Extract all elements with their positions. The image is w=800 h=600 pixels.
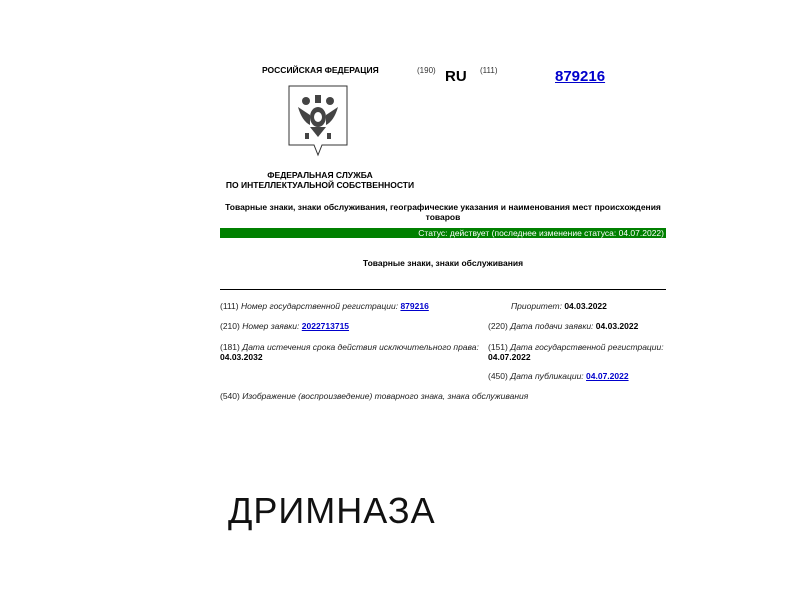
inid-code-190: (190) bbox=[417, 66, 436, 75]
inid-code-111: (111) bbox=[480, 66, 498, 75]
russian-coat-of-arms-icon bbox=[288, 85, 348, 157]
document-subtitle: Товарные знаки, знаки обслуживания bbox=[220, 258, 666, 268]
country-code: RU bbox=[445, 68, 467, 85]
field-label: Изображение (воспроизведение) товарного … bbox=[242, 391, 528, 401]
inid-code: (111) bbox=[220, 301, 239, 311]
field-registration-date: (151) Дата государственной регистрации: … bbox=[488, 342, 666, 362]
inid-code: (181) bbox=[220, 342, 240, 352]
inid-code: (540) bbox=[220, 391, 240, 401]
category-title: Товарные знаки, знаки обслуживания, геог… bbox=[220, 202, 666, 222]
field-image: (540) Изображение (воспроизведение) това… bbox=[220, 391, 528, 401]
field-filing-date: (220) Дата подачи заявки: 04.03.2022 bbox=[488, 321, 638, 331]
inid-code: (220) bbox=[488, 321, 508, 331]
field-priority: Приоритет: 04.03.2022 bbox=[511, 301, 607, 311]
field-label: Дата подачи заявки: bbox=[510, 321, 593, 331]
field-label: Номер государственной регистрации: bbox=[241, 301, 398, 311]
field-label: Дата государственной регистрации: bbox=[510, 342, 663, 352]
publication-date-link[interactable]: 04.07.2022 bbox=[586, 371, 629, 381]
inid-code: (151) bbox=[488, 342, 508, 352]
reg-number-link[interactable]: 879216 bbox=[400, 301, 428, 311]
status-bar: Статус: действует (последнее изменение с… bbox=[220, 228, 666, 238]
agency-line-2: ПО ИНТЕЛЛЕКТУАЛЬНОЙ СОБСТВЕННОСТИ bbox=[220, 180, 420, 190]
agency-line-1: ФЕДЕРАЛЬНАЯ СЛУЖБА bbox=[220, 170, 420, 180]
field-value: 04.03.2022 bbox=[596, 321, 639, 331]
registration-number-link[interactable]: 879216 bbox=[555, 68, 605, 85]
field-label: Дата истечения срока действия исключител… bbox=[242, 342, 479, 352]
trademark-image-text: ДРИМНАЗА bbox=[228, 490, 436, 532]
field-application-number: (210) Номер заявки: 2022713715 bbox=[220, 321, 349, 331]
field-value: 04.07.2022 bbox=[488, 352, 531, 362]
field-label: Дата публикации: bbox=[510, 371, 583, 381]
country-name: РОССИЙСКАЯ ФЕДЕРАЦИЯ bbox=[262, 65, 379, 75]
field-label: Приоритет: bbox=[511, 301, 562, 311]
field-expiry-date: (181) Дата истечения срока действия искл… bbox=[220, 342, 485, 362]
agency-name: ФЕДЕРАЛЬНАЯ СЛУЖБА ПО ИНТЕЛЛЕКТУАЛЬНОЙ С… bbox=[220, 170, 420, 190]
field-publication-date: (450) Дата публикации: 04.07.2022 bbox=[488, 371, 629, 381]
field-value: 04.03.2022 bbox=[564, 301, 607, 311]
inid-code: (210) bbox=[220, 321, 240, 331]
field-reg-number: (111) Номер государственной регистрации:… bbox=[220, 301, 429, 311]
field-label: Номер заявки: bbox=[242, 321, 299, 331]
application-number-link[interactable]: 2022713715 bbox=[302, 321, 349, 331]
divider bbox=[220, 289, 666, 290]
inid-code: (450) bbox=[488, 371, 508, 381]
field-value: 04.03.2032 bbox=[220, 352, 263, 362]
